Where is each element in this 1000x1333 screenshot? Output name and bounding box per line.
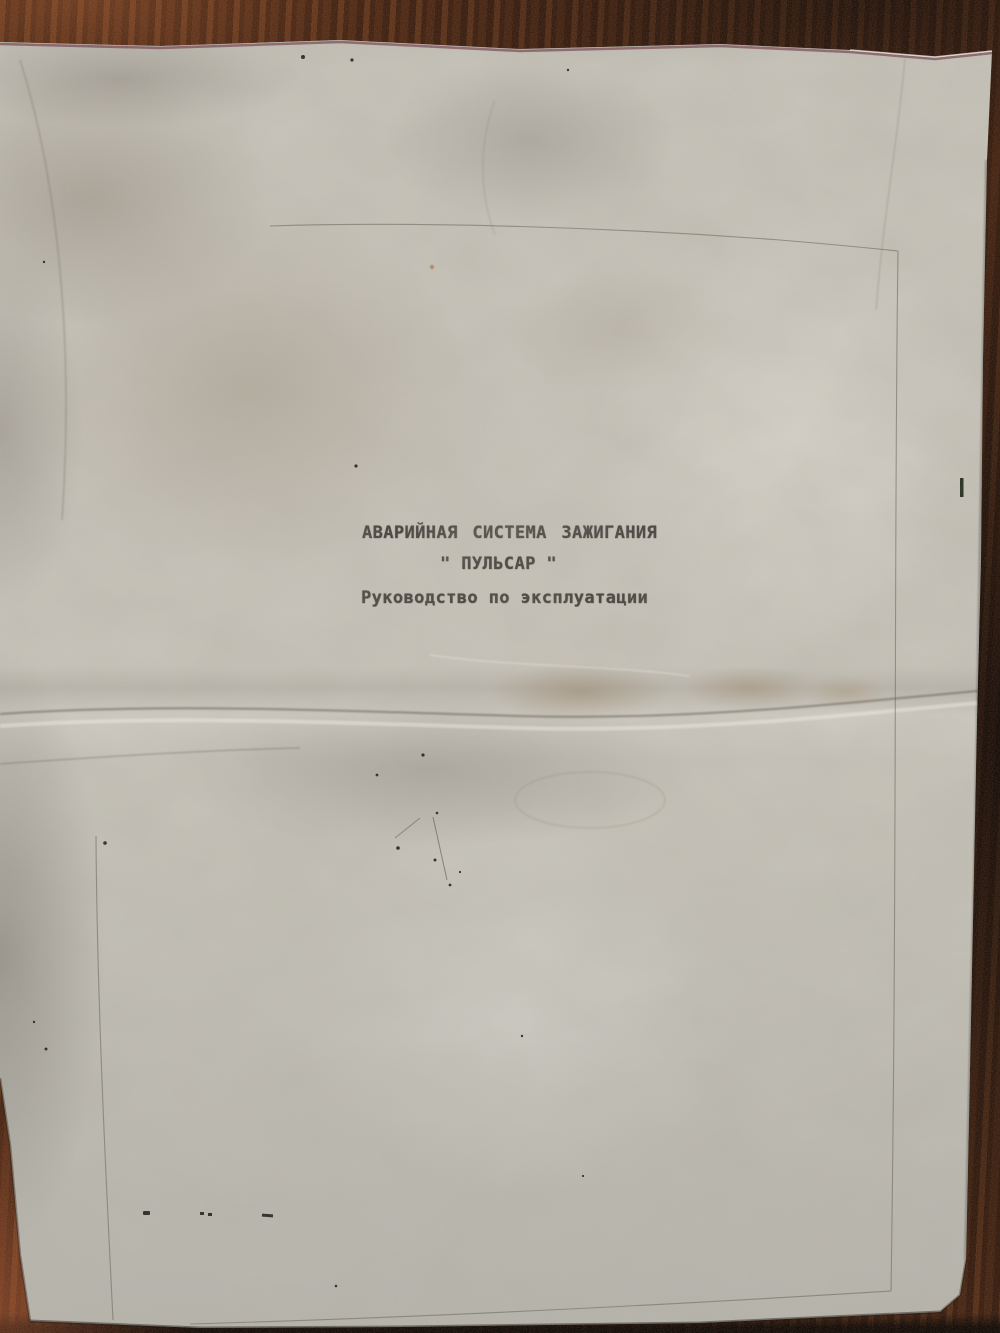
title-block: АВАРИЙНАЯ СИСТЕМА ЗАЖИГАНИЯ " ПУЛЬСАР " …: [0, 0, 1000, 1333]
document-title: АВАРИЙНАЯ СИСТЕМА ЗАЖИГАНИЯ: [362, 525, 657, 542]
document-product-name: " ПУЛЬСАР ": [440, 556, 557, 573]
photograph-of-manual-on-table: АВАРИЙНАЯ СИСТЕМА ЗАЖИГАНИЯ " ПУЛЬСАР " …: [0, 0, 1000, 1333]
document-subtitle: Руководство по эксплуатации: [361, 590, 648, 607]
